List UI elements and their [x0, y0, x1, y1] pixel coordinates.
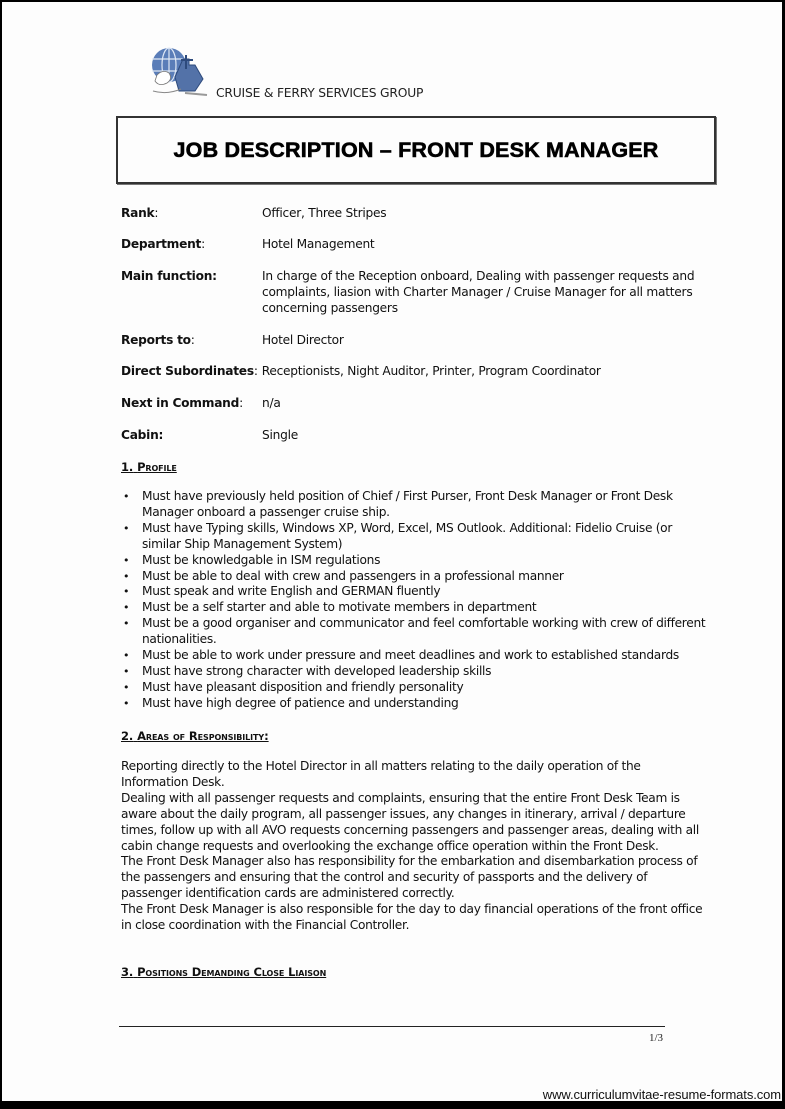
section-heading-liaison: 3. Positions Demanding Close Liaison: [121, 965, 326, 979]
responsibility-paragraph: Reporting directly to the Hotel Director…: [121, 759, 711, 791]
section-heading-profile: 1. Profile: [121, 460, 177, 474]
profile-bullet: Must be a good organiser and communicato…: [121, 616, 711, 648]
profile-bullet: Must have Typing skills, Windows XP, Wor…: [121, 521, 711, 553]
field-main-function: Main function: In charge of the Receptio…: [121, 268, 217, 284]
company-name: CRUISE & FERRY SERVICES GROUP: [216, 86, 423, 100]
field-value: Receptionists, Night Auditor, Printer, P…: [262, 364, 601, 378]
profile-bullet: Must have previously held position of Ch…: [121, 489, 711, 521]
field-value: In charge of the Reception onboard, Deal…: [262, 268, 712, 316]
profile-bullet: Must be knowledgable in ISM regulations: [121, 553, 711, 569]
field-label: Next in Command:: [121, 395, 243, 411]
field-label: Department:: [121, 236, 205, 252]
responsibility-paragraph: The Front Desk Manager is also responsib…: [121, 902, 711, 934]
field-reports-to: Reports to: Hotel Director: [121, 332, 195, 348]
field-cabin: Cabin: Single: [121, 427, 163, 443]
responsibility-text: Reporting directly to the Hotel Director…: [121, 759, 711, 934]
profile-bullet: Must be able to deal with crew and passe…: [121, 569, 711, 585]
profile-bullet: Must have pleasant disposition and frien…: [121, 680, 711, 696]
profile-list: Must have previously held position of Ch…: [121, 489, 711, 712]
profile-bullet: Must have high degree of patience and un…: [121, 696, 711, 712]
title-box: JOB DESCRIPTION – FRONT DESK MANAGER: [116, 116, 716, 184]
field-value: Hotel Director: [262, 332, 344, 348]
profile-bullet: Must be a self starter and able to motiv…: [121, 600, 711, 616]
field-next-in-command: Next in Command: n/a: [121, 395, 243, 411]
responsibility-paragraph: Dealing with all passenger requests and …: [121, 791, 711, 855]
field-direct-subordinates: Direct Subordinates:Receptionists, Night…: [121, 363, 601, 379]
field-value: Hotel Management: [262, 236, 374, 252]
document-title: JOB DESCRIPTION – FRONT DESK MANAGER: [173, 138, 658, 163]
field-department: Department: Hotel Management: [121, 236, 205, 252]
field-label: Cabin:: [121, 427, 163, 443]
page-number: 1/3: [649, 1032, 663, 1044]
document-page: CRUISE & FERRY SERVICES GROUP JOB DESCRI…: [2, 2, 782, 1101]
responsibility-paragraph: The Front Desk Manager also has responsi…: [121, 854, 711, 902]
section-heading-responsibility: 2. Areas of Responsibility:: [121, 729, 269, 743]
profile-bullet: Must have strong character with develope…: [121, 664, 711, 680]
field-label: Direct Subordinates:: [121, 363, 258, 379]
profile-bullet: Must speak and write English and GERMAN …: [121, 584, 711, 600]
watermark-url: www.curriculumvitae-resume-formats.com: [543, 1087, 781, 1102]
field-label: Reports to:: [121, 332, 195, 348]
field-value: Officer, Three Stripes: [262, 205, 386, 221]
globe-ship-icon: [145, 45, 215, 101]
field-label: Main function:: [121, 268, 217, 284]
profile-bullet: Must be able to work under pressure and …: [121, 648, 711, 664]
field-value: n/a: [262, 395, 281, 411]
field-value: Single: [262, 427, 298, 443]
field-label: Rank:: [121, 205, 158, 221]
footer-divider: [119, 1026, 665, 1027]
field-rank: Rank: Officer, Three Stripes: [121, 205, 158, 221]
